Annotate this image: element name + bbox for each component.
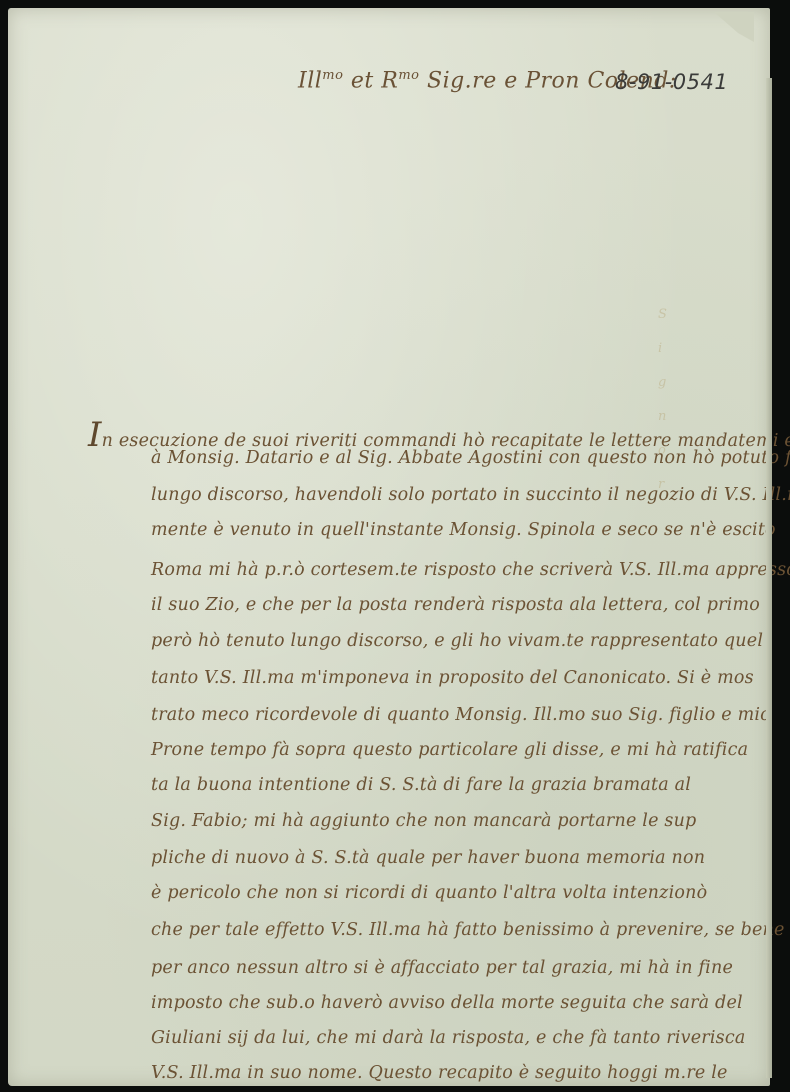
body-line: Giuliani sij da lui, che mi darà la risp… — [151, 1028, 745, 1048]
body-line: lungo discorso, havendoli solo portato i… — [151, 485, 790, 505]
body-line: per anco nessun altro si è affacciato pe… — [151, 958, 733, 978]
body-line: pliche di nuovo à S. S.tà quale per have… — [151, 848, 705, 868]
folded-corner — [714, 12, 754, 42]
archive-reference-number: 8-91-0541 — [615, 70, 728, 94]
body-line: mente è venuto in quell'instante Monsig.… — [151, 520, 776, 540]
document-scan: S i g n o r Illmo et Rmo Sig.re e Pron C… — [0, 0, 790, 1092]
body-line: à Monsig. Datario e al Sig. Abbate Agost… — [151, 448, 790, 468]
drop-initial: I — [88, 415, 102, 455]
body-line: Prone tempo fà sopra questo particolare … — [151, 740, 748, 760]
body-line: ta la buona intentione di S. S.tà di far… — [151, 775, 691, 795]
body-line: Roma mi hà p.r.ò cortesem.te risposto ch… — [151, 560, 790, 580]
body-line: trato meco ricordevole di quanto Monsig.… — [151, 705, 771, 725]
body-line: In esecuzione de suoi riveriti commandi … — [88, 418, 790, 452]
body-line: imposto che sub.o haverò avviso della mo… — [151, 993, 743, 1013]
body-line: che per tale effetto V.S. Ill.ma hà fatt… — [151, 920, 785, 940]
body-line: V.S. Ill.ma in suo nome. Questo recapito… — [151, 1063, 728, 1083]
body-line: però hò tenuto lungo discorso, e gli ho … — [151, 631, 763, 651]
paper-sheet: S i g n o r Illmo et Rmo Sig.re e Pron C… — [8, 8, 770, 1086]
body-line: tanto V.S. Ill.ma m'imponeva in proposit… — [151, 668, 754, 688]
body-line: Sig. Fabio; mi hà aggiunto che non manca… — [151, 811, 696, 831]
body-line: è pericolo che non si ricordi di quanto … — [151, 883, 707, 903]
body-line: il suo Zio, e che per la posta renderà r… — [151, 595, 760, 615]
